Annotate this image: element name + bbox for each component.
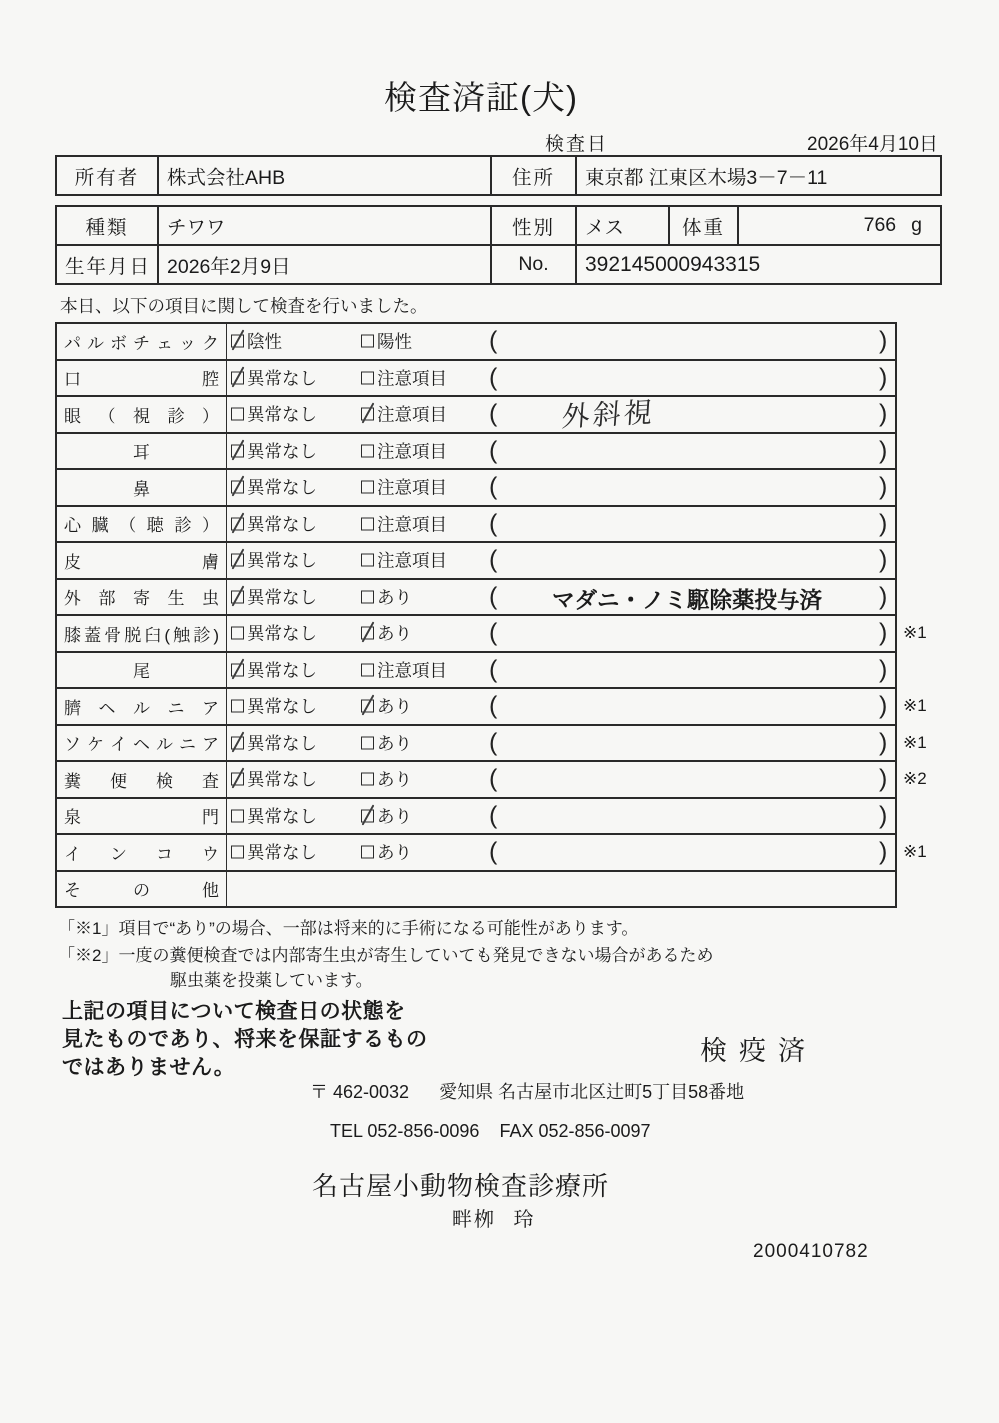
birthdate-label: 生年月日 — [56, 245, 158, 284]
intro-text: 本日、以下の項目に関して検査を行いました。 — [60, 293, 428, 318]
checklist-option: 注意項目 — [361, 657, 447, 682]
footnote-2-line1: 「※2」一度の糞便検査では内部寄生虫が寄生していても発見できない場合があるため — [58, 941, 713, 966]
checklist-option-label: 陽性 — [377, 329, 412, 354]
checklist-option-label: 異常なし — [247, 694, 317, 719]
printed-note: マダニ・ノミ駆除薬投与済 — [497, 583, 877, 615]
checklist-row: パ ル ボ チ ェ ッ ク陰性陽性() — [57, 324, 895, 359]
checklist-row: 外 部 寄 生 虫異常なしあり()マダニ・ノミ駆除薬投与済 — [57, 578, 895, 615]
checklist-option-label: あり — [377, 584, 412, 609]
inspection-date-value: 2026年4月10日 — [752, 129, 938, 156]
owner-value: 株式会社AHB — [158, 156, 491, 195]
checklist-option: 注意項目 — [361, 438, 447, 463]
pet-table: 種類 チワワ 性別 メス 体重 766 g 生年月日 2026年2月9日 No.… — [55, 205, 942, 285]
checklist-row-label: 臍 ヘ ル ニ ア — [57, 689, 227, 724]
checklist-option: 異常なし — [231, 694, 317, 719]
paren-close: ) — [879, 801, 887, 830]
paren-close: ) — [879, 436, 887, 465]
checklist-option: 異常なし — [231, 438, 317, 463]
checklist-option: あり — [361, 694, 412, 719]
checklist-option-label: あり — [377, 767, 412, 792]
footnote-marker: ※1 — [903, 623, 927, 643]
checkbox-checked-icon — [361, 700, 374, 713]
checklist-option-label: あり — [377, 840, 412, 865]
checklist-option: 異常なし — [231, 584, 317, 609]
checklist-option: 異常なし — [231, 840, 317, 865]
checklist-row-label: 心 臓 （ 聴 診 ） — [57, 507, 227, 542]
checklist-option: 異常なし — [231, 657, 317, 682]
paren-close: ) — [879, 363, 887, 392]
footnote-marker: ※1 — [903, 842, 927, 862]
checklist-row-content: 異常なしあり()※1 — [227, 616, 895, 651]
checklist-row: 糞 便 検 査異常なしあり()※2 — [57, 760, 895, 797]
checklist-option-label: 異常なし — [247, 402, 317, 427]
checklist-table: パ ル ボ チ ェ ッ ク陰性陽性()口 腔異常なし注意項目()眼 （ 視 診 … — [55, 322, 897, 908]
species-label: 種類 — [56, 206, 158, 245]
quarantine-stamp: 検疫済 — [700, 1029, 817, 1068]
checklist-row-label: 眼 （ 視 診 ） — [57, 397, 227, 432]
paren-open: ( — [489, 509, 497, 538]
handwritten-note: 外斜視 — [561, 390, 657, 435]
disclaimer-line: 上記の項目について検査日の状態を — [62, 998, 428, 1026]
checkmark-icon — [232, 768, 245, 789]
checklist-option: あり — [361, 803, 412, 828]
paren-open: ( — [489, 436, 497, 465]
checklist-row-content — [227, 872, 895, 907]
checklist-row: イ ン コ ウ異常なしあり()※1 — [57, 833, 895, 870]
checklist-row-label: 外 部 寄 生 虫 — [57, 580, 227, 615]
checklist-option-label: あり — [377, 730, 412, 755]
clinic-name: 名古屋小動物検査診療所 — [312, 1166, 609, 1203]
checkbox-checked-icon — [231, 663, 244, 676]
checkbox-icon — [361, 846, 374, 859]
checklist-option: 注意項目 — [361, 548, 447, 573]
document-page: 検査済証(犬) 検査日 2026年4月10日 所有者 株式会社AHB 住所 東京… — [0, 0, 999, 1423]
checklist-option: あり — [361, 730, 412, 755]
checkbox-icon — [361, 773, 374, 786]
checkbox-checked-icon — [231, 371, 244, 384]
paren-close: ) — [879, 692, 887, 721]
footnote-marker: ※1 — [903, 733, 927, 753]
checklist-row-label: 膝蓋骨脱臼(触診) — [57, 616, 227, 651]
checkbox-checked-icon — [231, 517, 244, 530]
checkmark-icon — [362, 695, 375, 716]
birthdate-value: 2026年2月9日 — [158, 245, 491, 284]
checklist-option-label: 注意項目 — [377, 657, 447, 682]
checklist-option: あり — [361, 840, 412, 865]
checklist-option: 注意項目 — [361, 511, 447, 536]
checkbox-checked-icon — [361, 809, 374, 822]
species-value: チワワ — [158, 206, 491, 245]
checklist-row-label: 皮 膚 — [57, 543, 227, 578]
owner-label: 所有者 — [56, 156, 158, 195]
clinic-address-row: 〒 462-0032 愛知県 名古屋市北区辻町5丁目58番地 — [310, 1078, 744, 1104]
disclaimer-line: 見たものであり、将来を保証するもの — [62, 1026, 428, 1054]
owner-row: 所有者 株式会社AHB 住所 東京都 江東区木場3－7－11 — [56, 156, 941, 195]
birth-row: 生年月日 2026年2月9日 No. 392145000943315 — [56, 245, 941, 284]
paren-open: ( — [489, 692, 497, 721]
checklist-option: 異常なし — [231, 475, 317, 500]
checkmark-icon — [232, 731, 245, 752]
address-value: 東京都 江東区木場3－7－11 — [576, 156, 941, 195]
paren-open: ( — [489, 801, 497, 830]
checkmark-icon — [232, 366, 245, 387]
checklist-option-label: 異常なし — [247, 621, 317, 646]
checklist-option: 陽性 — [361, 329, 412, 354]
checklist-row: 鼻異常なし注意項目() — [57, 468, 895, 505]
checkbox-checked-icon — [231, 554, 244, 567]
checklist-option-label: 異常なし — [247, 803, 317, 828]
checklist-row: 臍 ヘ ル ニ ア異常なしあり()※1 — [57, 687, 895, 724]
checkbox-icon — [361, 371, 374, 384]
checklist-row-content: 異常なし注意項目() — [227, 434, 895, 469]
checklist-row-content: 異常なし注意項目() — [227, 507, 895, 542]
checklist-option-label: あり — [377, 694, 412, 719]
paren-close: ) — [879, 546, 887, 575]
checkbox-checked-icon — [231, 335, 244, 348]
checklist-row-content: 異常なし注意項目()外斜視 — [227, 397, 895, 432]
checklist-row-label: 口 腔 — [57, 361, 227, 396]
paren-open: ( — [489, 473, 497, 502]
checkbox-icon — [231, 408, 244, 421]
checklist-row: 眼 （ 視 診 ）異常なし注意項目()外斜視 — [57, 395, 895, 432]
disclaimer-text: 上記の項目について検査日の状態を 見たものであり、将来を保証するもの ではありま… — [62, 998, 428, 1082]
checkmark-icon — [232, 658, 245, 679]
checklist-row: 口 腔異常なし注意項目() — [57, 359, 895, 396]
checklist-row-content: 異常なしあり()マダニ・ノミ駆除薬投与済 — [227, 580, 895, 615]
checklist-option: 注意項目 — [361, 402, 447, 427]
weight-label: 体重 — [669, 206, 738, 245]
weight-cell: 766 g — [738, 206, 941, 245]
checkbox-checked-icon — [231, 773, 244, 786]
checklist-row-label: そ の 他 — [57, 872, 227, 907]
checklist-option: 陰性 — [231, 329, 282, 354]
checklist-option: 注意項目 — [361, 475, 447, 500]
checkbox-checked-icon — [231, 590, 244, 603]
weight-unit: g — [911, 214, 922, 237]
paren-open: ( — [489, 327, 497, 356]
checklist-row-content: 異常なしあり()※2 — [227, 762, 895, 797]
checkmark-icon — [362, 403, 375, 424]
checklist-row-content: 異常なし注意項目() — [227, 470, 895, 505]
checklist-row-content: 異常なしあり()※1 — [227, 726, 895, 761]
checkbox-checked-icon — [231, 736, 244, 749]
checkbox-icon — [231, 809, 244, 822]
checklist-option-label: 異常なし — [247, 584, 317, 609]
checkmark-icon — [232, 585, 245, 606]
checklist-row-content: 異常なし注意項目() — [227, 653, 895, 688]
weight-value: 766 — [864, 214, 897, 237]
checklist-row: 泉 門異常なしあり() — [57, 797, 895, 834]
paren-close: ) — [879, 728, 887, 757]
checkbox-icon — [361, 481, 374, 494]
page-title: 検査済証(犬) — [384, 72, 578, 119]
paren-open: ( — [489, 619, 497, 648]
checklist-option-label: 異常なし — [247, 475, 317, 500]
checklist-option-label: 異常なし — [247, 438, 317, 463]
checklist-row-content: 異常なし注意項目() — [227, 543, 895, 578]
checklist-option: 異常なし — [231, 621, 317, 646]
checklist-option-label: 異常なし — [247, 730, 317, 755]
checklist-row: そ の 他 — [57, 870, 895, 907]
checklist-option: 異常なし — [231, 511, 317, 536]
paren-close: ) — [879, 327, 887, 356]
checklist-option: あり — [361, 584, 412, 609]
checklist-option-label: 異常なし — [247, 365, 317, 390]
paren-open: ( — [489, 728, 497, 757]
species-row: 種類 チワワ 性別 メス 体重 766 g — [56, 206, 941, 245]
sex-value: メス — [576, 206, 669, 245]
paren-open: ( — [489, 765, 497, 794]
checklist-row: 膝蓋骨脱臼(触診)異常なしあり()※1 — [57, 614, 895, 651]
veterinarian-name: 畔栁 玲 — [452, 1203, 536, 1232]
clinic-tel: TEL 052-856-0096 — [330, 1121, 479, 1142]
footnote-1: 「※1」項目で“あり”の場合、一部は将来的に手術になる可能性があります。 — [58, 914, 638, 939]
checklist-row-content: 異常なしあり()※1 — [227, 835, 895, 870]
clinic-postal: 〒 462-0032 — [310, 1078, 409, 1104]
checklist-option-label: 異常なし — [247, 657, 317, 682]
checklist-option-label: あり — [377, 803, 412, 828]
checkmark-icon — [232, 330, 245, 351]
checkmark-icon — [362, 804, 375, 825]
checklist-row: 尾異常なし注意項目() — [57, 651, 895, 688]
checklist-option-label: 注意項目 — [377, 511, 447, 536]
checklist-option-label: 注意項目 — [377, 438, 447, 463]
checklist-row-label: 泉 門 — [57, 799, 227, 834]
paren-close: ) — [879, 473, 887, 502]
checklist-option-label: 注意項目 — [377, 548, 447, 573]
checkbox-icon — [231, 700, 244, 713]
checklist-option-label: 陰性 — [247, 329, 282, 354]
checklist-option-label: 異常なし — [247, 548, 317, 573]
no-value: 392145000943315 — [576, 245, 941, 284]
checklist-row-label: 尾 — [57, 653, 227, 688]
checklist-row-content: 陰性陽性() — [227, 324, 895, 359]
address-label: 住所 — [491, 156, 576, 195]
checkmark-icon — [232, 549, 245, 570]
checkbox-icon — [361, 736, 374, 749]
checkbox-icon — [231, 627, 244, 640]
checklist-option: あり — [361, 767, 412, 792]
checklist-option: 異常なし — [231, 767, 317, 792]
paren-open: ( — [489, 838, 497, 867]
checklist-option: あり — [361, 621, 412, 646]
checklist-option-label: 異常なし — [247, 511, 317, 536]
paren-close: ) — [879, 655, 887, 684]
checkmark-icon — [232, 512, 245, 533]
checklist-row: ソ ケ イ ヘ ル ニ ア異常なしあり()※1 — [57, 724, 895, 761]
clinic-tel-row: TEL 052-856-0096 FAX 052-856-0097 — [330, 1121, 651, 1142]
checklist-option: 異常なし — [231, 365, 317, 390]
checklist-row-content: 異常なしあり()※1 — [227, 689, 895, 724]
checkbox-icon — [361, 590, 374, 603]
checkbox-icon — [361, 444, 374, 457]
checkmark-icon — [232, 439, 245, 460]
checklist-row-label: パ ル ボ チ ェ ッ ク — [57, 324, 227, 359]
checkbox-checked-icon — [231, 444, 244, 457]
serial-number: 2000410782 — [753, 1241, 869, 1263]
checklist-row-label: 耳 — [57, 434, 227, 469]
no-label: No. — [491, 245, 576, 284]
checkbox-icon — [361, 517, 374, 530]
clinic-address: 愛知県 名古屋市北区辻町5丁目58番地 — [439, 1078, 744, 1104]
checklist-option: 異常なし — [231, 803, 317, 828]
checklist-option-label: 異常なし — [247, 767, 317, 792]
footnote-2-line2: 駆虫薬を投薬しています。 — [170, 966, 373, 991]
checklist-option-label: 注意項目 — [377, 365, 447, 390]
paren-close: ) — [879, 838, 887, 867]
checklist-row-label: 糞 便 検 査 — [57, 762, 227, 797]
checklist-row: 心 臓 （ 聴 診 ）異常なし注意項目() — [57, 505, 895, 542]
checklist-row: 皮 膚異常なし注意項目() — [57, 541, 895, 578]
checklist-option-label: 異常なし — [247, 840, 317, 865]
checkbox-icon — [361, 335, 374, 348]
checkmark-icon — [362, 622, 375, 643]
owner-table: 所有者 株式会社AHB 住所 東京都 江東区木場3－7－11 — [55, 155, 942, 196]
checklist-row: 耳異常なし注意項目() — [57, 432, 895, 469]
checkbox-checked-icon — [361, 408, 374, 421]
checklist-option: 異常なし — [231, 402, 317, 427]
checklist-option-label: 注意項目 — [377, 402, 447, 427]
footnote-marker: ※1 — [903, 696, 927, 716]
checklist-row-content: 異常なしあり() — [227, 799, 895, 834]
paren-close: ) — [879, 765, 887, 794]
checkbox-icon — [231, 846, 244, 859]
paren-open: ( — [489, 363, 497, 392]
checklist-option: 注意項目 — [361, 365, 447, 390]
checklist-row-label: 鼻 — [57, 470, 227, 505]
checkbox-icon — [361, 554, 374, 567]
checklist-option-label: 注意項目 — [377, 475, 447, 500]
paren-open: ( — [489, 546, 497, 575]
checklist-option-label: あり — [377, 621, 412, 646]
paren-open: ( — [489, 655, 497, 684]
checkbox-checked-icon — [231, 481, 244, 494]
checkbox-checked-icon — [361, 627, 374, 640]
inspection-date-label: 検査日 — [545, 129, 608, 156]
checklist-option: 異常なし — [231, 730, 317, 755]
paren-close: ) — [879, 509, 887, 538]
paren-close: ) — [879, 582, 887, 611]
checkmark-icon — [232, 476, 245, 497]
sex-label: 性別 — [491, 206, 576, 245]
paren-open: ( — [489, 400, 497, 429]
paren-close: ) — [879, 619, 887, 648]
checkbox-icon — [361, 663, 374, 676]
clinic-fax: FAX 052-856-0097 — [499, 1121, 650, 1142]
checklist-row-content: 異常なし注意項目() — [227, 361, 895, 396]
checklist-row-label: ソ ケ イ ヘ ル ニ ア — [57, 726, 227, 761]
footnote-marker: ※2 — [903, 769, 927, 789]
paren-close: ) — [879, 400, 887, 429]
checklist-option: 異常なし — [231, 548, 317, 573]
checklist-row-label: イ ン コ ウ — [57, 835, 227, 870]
